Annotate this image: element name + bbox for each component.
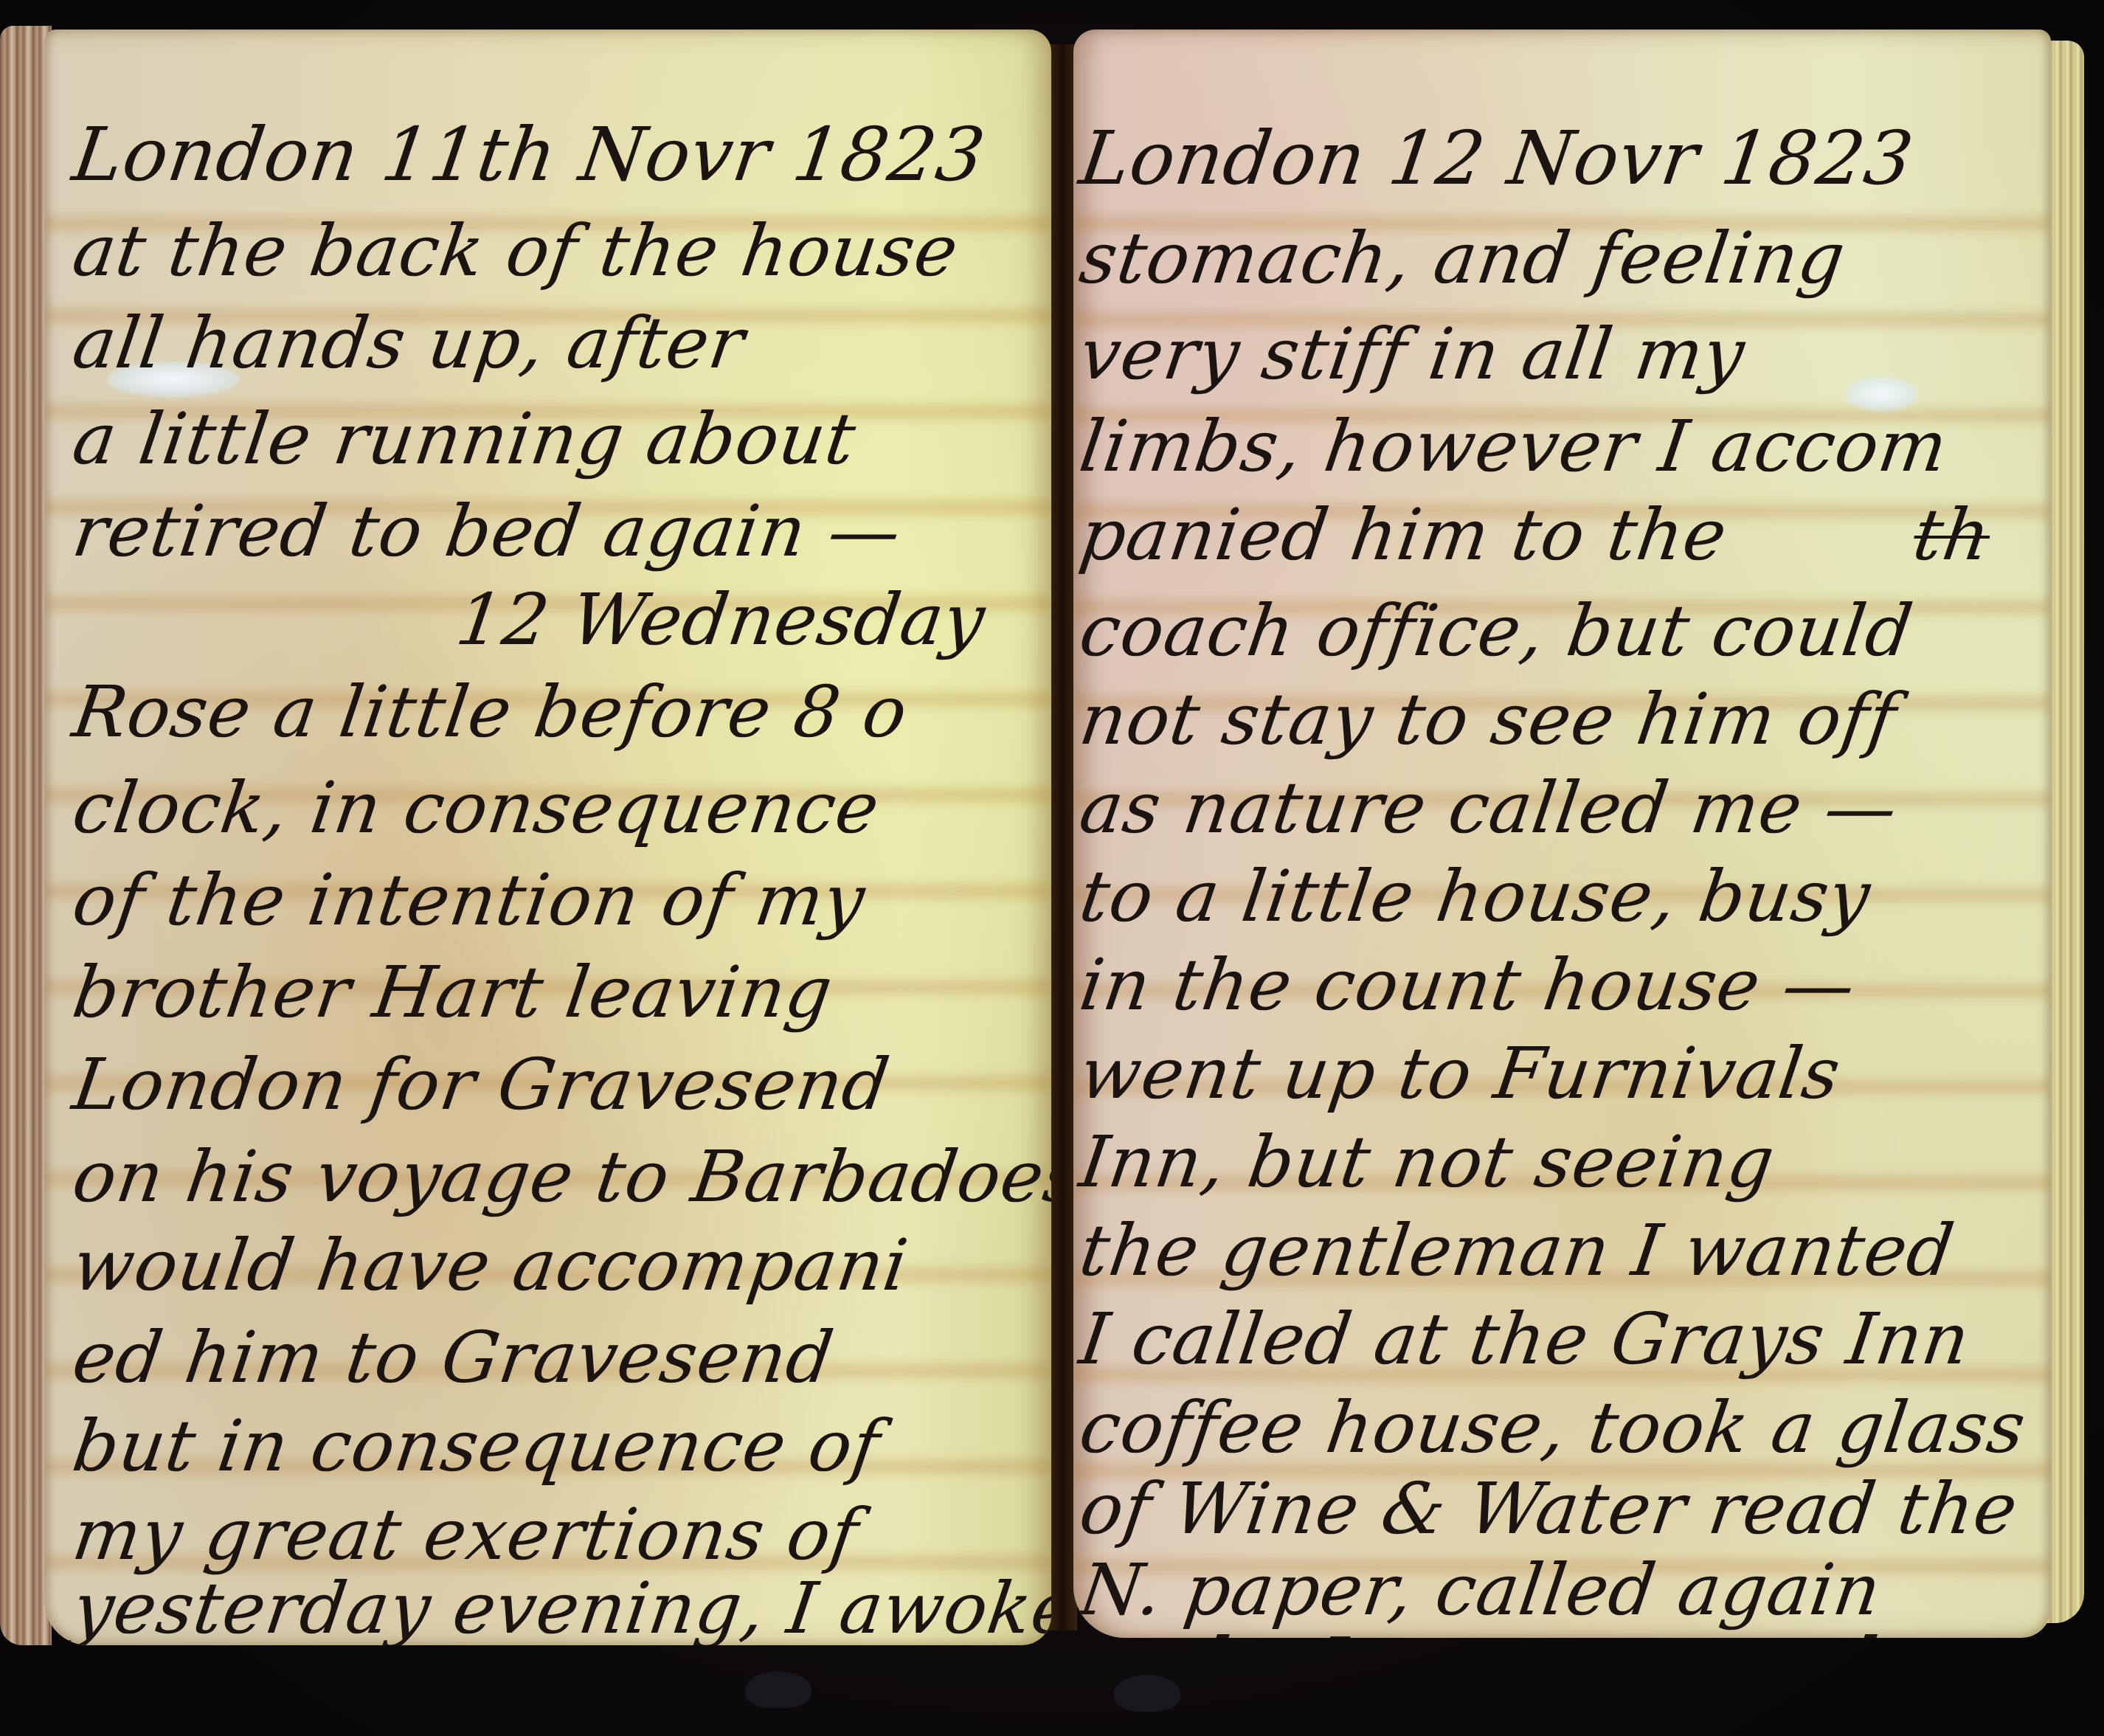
text-line: retired to bed again —	[68, 491, 906, 572]
text-line: London for Gravesend	[68, 1044, 894, 1125]
text-line: all hands up, after	[68, 302, 750, 384]
text-line: yesterday evening, I awoke	[68, 1568, 1051, 1645]
text-line: Inn, but not seeing	[1075, 1121, 1779, 1203]
text-line: Rose a little before 8 o	[68, 671, 913, 753]
text-line: would have accompani	[68, 1225, 913, 1306]
text-line: panied him to the	[1075, 494, 1732, 575]
text-line: the gentleman I wanted	[1075, 1210, 1959, 1291]
text-line: of Wine & Water read the	[1075, 1468, 2023, 1549]
text-line: N. paper, called again	[1075, 1549, 1886, 1630]
text-line: as nature called me —	[1075, 767, 1903, 848]
left-page: London 11th Novr 1823 at the back of the…	[44, 30, 1051, 1645]
text-line: I called at the Grays Inn	[1075, 1298, 1975, 1380]
text-line: with a violent pain in	[68, 1642, 853, 1645]
text-line: coach office, but could	[1075, 590, 1917, 671]
book-gutter	[1048, 44, 1077, 1630]
text-line: clock, in consequence	[68, 767, 885, 848]
binding-mark	[745, 1671, 812, 1708]
text-line: but in consequence of	[68, 1405, 885, 1487]
page-header-date: London 11th Novr 1823	[68, 114, 990, 196]
page-header-date: London 12 Novr 1823	[1075, 118, 1918, 199]
text-line: very stiff in all my	[1075, 314, 1750, 395]
text-line: to a little house, busy	[1075, 856, 1875, 937]
text-line: at the back of the house	[68, 210, 963, 291]
text-line: in the count house —	[1075, 944, 1861, 1026]
binding-mark	[1114, 1675, 1180, 1712]
open-journal-scene: London 11th Novr 1823 at the back of the…	[0, 0, 2104, 1736]
text-line: brother Hart leaving	[68, 952, 837, 1033]
struck-out-word: th	[1909, 494, 1996, 575]
right-page: London 12 Novr 1823 stomach, and feeling…	[1073, 30, 2051, 1638]
text-line: a little running about	[68, 398, 861, 480]
text-line: ed him to Gravesend	[68, 1317, 838, 1398]
text-line: of the intention of my	[68, 860, 870, 941]
text-line: went up to Furnivals	[1075, 1033, 1845, 1114]
text-line: not stay to see him off	[1075, 679, 1901, 760]
text-line: stomach, and feeling	[1075, 218, 1850, 299]
text-line: at the Inn, transacted	[1075, 1623, 1883, 1638]
text-line: my great exertions of	[68, 1494, 863, 1575]
text-line: on his voyage to Barbadoes	[68, 1136, 1051, 1217]
text-line: limbs, however I accom	[1075, 406, 1953, 487]
text-line: coffee house, took a glass	[1075, 1387, 2030, 1468]
entry-day-heading: 12 Wednesday	[451, 579, 990, 660]
